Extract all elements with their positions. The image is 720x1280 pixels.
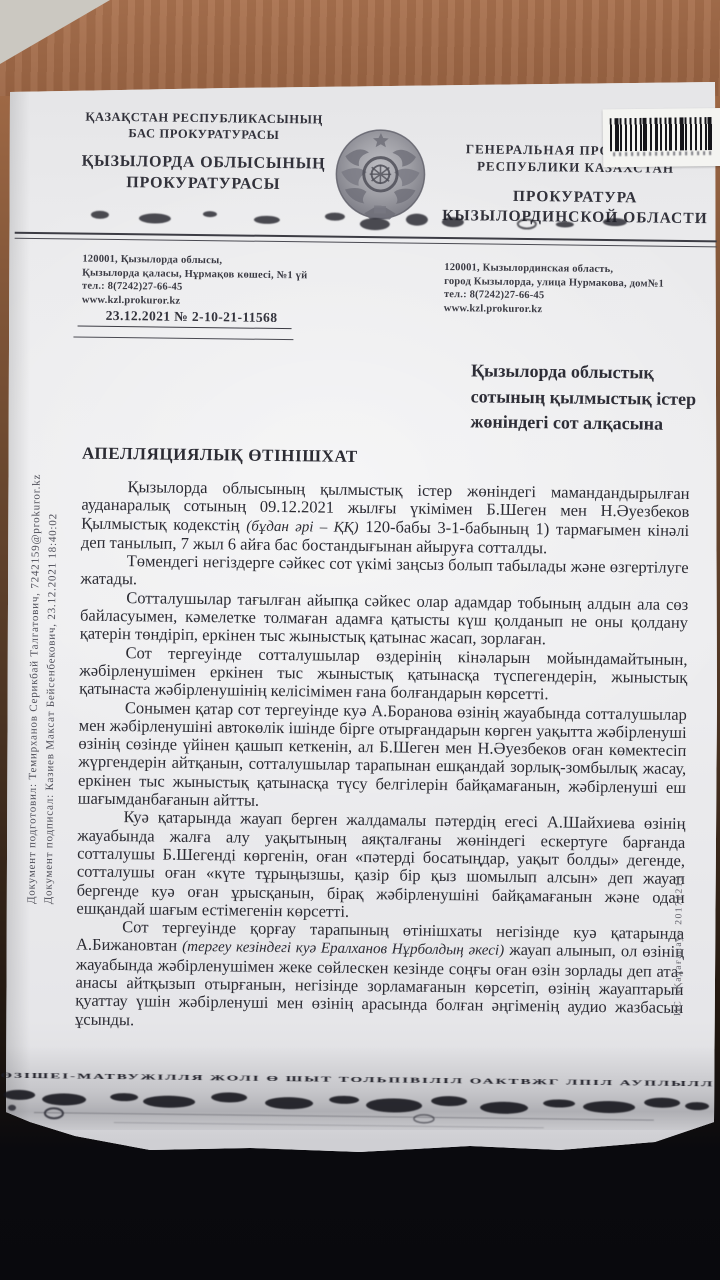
photo-of-document: ҚАЗАҚСТАН РЕСПУБЛИКАСЫНЫҢ БАС ПРОКУРАТУР…: [0, 0, 720, 1280]
fold-ink-blobs: [0, 0, 720, 1280]
document-content: ҚАЗАҚСТАН РЕСПУБЛИКАСЫНЫҢ БАС ПРОКУРАТУР…: [0, 0, 720, 1280]
